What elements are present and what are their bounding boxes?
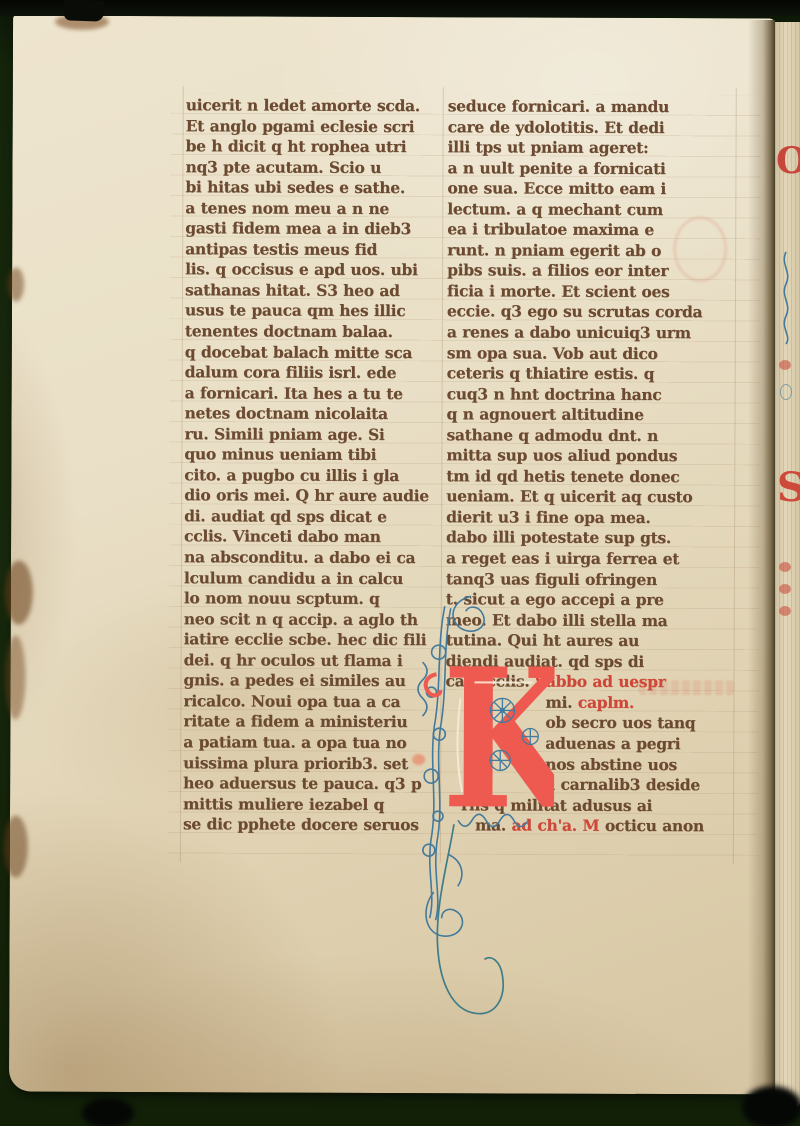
body-text: dabo illi potestate sup gts.	[446, 528, 671, 548]
body-text: one sua. Ecce mitto eam i	[447, 178, 666, 198]
adjacent-page-red-mark	[779, 562, 791, 572]
manuscript-photo: uicerit n ledet amorte scda.Et anglo pga…	[0, 0, 800, 1126]
manuscript-text-line: q n agnouert altitudine	[446, 404, 738, 426]
adjacent-page-blue-flourish	[778, 250, 794, 346]
manuscript-text-line: lectum. a q mechant cum	[447, 199, 739, 221]
body-text: nq3 pte acutam. Scio u	[185, 157, 381, 177]
manuscript-text-line: gnis. a pedes ei similes au	[183, 671, 439, 693]
body-text: gasti fidem mea a in dieb3	[185, 218, 411, 238]
body-text: ob secro uos tanq	[545, 713, 695, 733]
manuscript-text-line: ru. Simili pniam age. Si	[184, 424, 440, 446]
manuscript-text-line: lis. q occisus e apd uos. ubi	[185, 260, 441, 282]
body-text: antipas testis meus fid	[185, 239, 377, 259]
manuscript-text-line: a n uult penite a fornicati	[447, 158, 739, 180]
body-text: care de ydolotitis. Et dedi	[448, 117, 665, 137]
body-text: mitta sup uos aliud pondus	[446, 446, 677, 466]
erased-rubric-mark	[638, 680, 734, 695]
manuscript-page: uicerit n ledet amorte scda.Et anglo pga…	[9, 16, 776, 1095]
body-text: lculum candidu a in calcu	[184, 568, 403, 588]
body-text: octicu anon	[605, 816, 704, 835]
body-text: heo aduersus te pauca. q3 p	[183, 773, 421, 793]
body-text: a renes a dabo unicuiq3 urm	[447, 322, 691, 342]
parchment-stain	[8, 268, 24, 302]
manuscript-text-line: cclis. Vinceti dabo man	[184, 527, 440, 549]
manuscript-text-line: ea i tribulatoe maxima e	[447, 219, 739, 241]
body-text: ritate a fidem a ministeriu	[183, 712, 407, 732]
body-text: illi tps ut pniam ageret:	[448, 137, 649, 157]
manuscript-text-line: dei. q hr oculos ut flama i	[184, 650, 440, 672]
adjacent-page-blue-mark	[780, 384, 792, 400]
body-text: a patiam tua. a opa tua no	[183, 732, 406, 752]
illuminated-initial-K: K	[413, 592, 555, 1033]
body-text: lo nom nouu scptum. q	[184, 588, 380, 608]
body-text: be h dicit q ht rophea utri	[186, 136, 407, 156]
body-text: ficia i morte. Et scient oes	[447, 281, 670, 301]
manuscript-text-line: uicerit n ledet amorte scda.	[186, 95, 442, 117]
manuscript-text-line: runt. n pniam egerit ab o	[447, 240, 739, 262]
manuscript-text-line: eccie. q3 ego su scrutas corda	[447, 302, 739, 324]
manuscript-text-line: Et anglo pgami eclesie scri	[186, 116, 442, 138]
manuscript-text-line: cuq3 n hnt doctrina hanc	[447, 384, 739, 406]
gutter-shadow	[748, 20, 775, 1100]
body-text: sathane q admodu dnt. n	[446, 425, 658, 445]
manuscript-text-line: sm opa sua. Vob aut dico	[447, 343, 739, 365]
manuscript-text-line: ficia i morte. Et scient oes	[447, 281, 739, 303]
manuscript-text-line: dierit u3 i fine opa mea.	[446, 507, 738, 529]
body-text: q docebat balach mitte sca	[185, 342, 412, 362]
text-column-left: uicerit n ledet amorte scda.Et anglo pga…	[183, 95, 442, 836]
adjacent-page-red-mark	[779, 360, 791, 370]
manuscript-text-line: gasti fidem mea a in dieb3	[185, 218, 441, 240]
manuscript-text-line: ceteris q thiatire estis. q	[447, 363, 739, 385]
manuscript-text-line: uissima plura priorib3. set	[183, 753, 439, 775]
manuscript-text-line: illi tps ut pniam ageret:	[448, 137, 740, 159]
body-text: cuq3 n hnt doctrina hanc	[447, 384, 662, 404]
manuscript-text-line: tm id qd hetis tenete donec	[446, 466, 738, 488]
manuscript-text-line: neo scit n q accip. a aglo th	[184, 609, 440, 631]
body-text: runt. n pniam egerit ab o	[447, 240, 661, 260]
body-text: neo scit n q accip. a aglo th	[184, 609, 418, 629]
body-text: uissima plura priorib3. set	[183, 753, 408, 773]
body-text: q n agnouert altitudine	[447, 404, 644, 424]
manuscript-text-line: antipas testis meus fid	[185, 239, 441, 261]
manuscript-text-line: be h dicit q ht rophea utri	[186, 136, 442, 158]
body-text: lis. q occisus e apd uos. ubi	[185, 260, 418, 280]
manuscript-text-line: na absconditu. a dabo ei ca	[184, 547, 440, 569]
manuscript-text-line: tenentes doctnam balaa.	[185, 321, 441, 343]
body-text: tanq3 uas figuli ofringen	[446, 569, 657, 589]
manuscript-text-line: mittis muliere iezabel q	[183, 794, 439, 816]
manuscript-text-line: lo nom nouu scptum. q	[184, 588, 440, 610]
body-text: na absconditu. a dabo ei ca	[184, 547, 415, 567]
body-text: ricalco. Noui opa tua a ca	[183, 691, 400, 711]
manuscript-text-line: bi hitas ubi sedes e sathe.	[185, 177, 441, 199]
parchment-stain	[5, 561, 33, 625]
body-text: sm opa sua. Vob aut dico	[447, 343, 658, 363]
body-text: aduenas a pegri	[545, 734, 680, 754]
body-text: dei. q hr oculos ut flama i	[184, 650, 403, 670]
body-text: dio oris mei. Q hr aure audie	[184, 486, 429, 506]
manuscript-text-line: cito. a pugbo cu illis i gla	[184, 465, 440, 487]
manuscript-text-line: ueniam. Et q uicerit aq custo	[446, 487, 738, 509]
body-text: eccie. q3 ego su scrutas corda	[447, 302, 702, 322]
body-text: lectum. a q mechant cum	[447, 199, 663, 219]
manuscript-text-line: one sua. Ecce mitto eam i	[447, 178, 739, 200]
book-fore-edge: O S	[775, 22, 800, 1108]
body-text: a reget eas i uirga ferrea et	[446, 548, 679, 568]
body-text: bi hitas ubi sedes e sathe.	[185, 177, 405, 197]
body-text: pibs suis. a filios eor inter	[447, 261, 668, 281]
body-text: tenentes doctnam balaa.	[185, 321, 393, 341]
body-text: cclis. Vinceti dabo man	[184, 527, 381, 547]
body-text: iatire ecclie scbe. hec dic fili	[184, 629, 427, 649]
body-text: cito. a pugbo cu illis i gla	[184, 465, 399, 485]
manuscript-text-line: dio oris mei. Q hr aure audie	[184, 486, 440, 508]
body-text: a carnalib3 deside	[545, 775, 700, 795]
manuscript-text-line: q docebat balach mitte sca	[185, 342, 441, 364]
body-text: mittis muliere iezabel q	[183, 794, 384, 814]
body-text: nos abstine uos	[545, 754, 677, 774]
manuscript-text-line: usus te pauca qm hes illic	[185, 301, 441, 323]
manuscript-text-line: a patiam tua. a opa tua no	[183, 732, 439, 754]
manuscript-text-line: lculum candidu a in calcu	[184, 568, 440, 590]
body-text: a fornicari. Ita hes a tu te	[185, 383, 403, 403]
bottom-shadow	[82, 1098, 134, 1126]
manuscript-text-line: di. audiat qd sps dicat e	[184, 506, 440, 528]
adjacent-page-red-mark	[779, 606, 791, 616]
manuscript-text-line: netes doctnam nicolaita	[185, 403, 441, 425]
body-text: dalum cora filiis isrl. ede	[185, 362, 397, 382]
binding-tab	[64, 0, 105, 22]
adjacent-page-initial-O: O	[776, 140, 800, 182]
manuscript-text-line: a reget eas i uirga ferrea et	[446, 548, 738, 570]
rubric-text: caplm.	[578, 693, 634, 712]
bottom-shadow	[742, 1086, 800, 1126]
body-text: ceteris q thiatire estis. q	[447, 363, 655, 383]
body-text: se dic pphete docere seruos	[183, 814, 419, 834]
manuscript-text-line: nq3 pte acutam. Scio u	[185, 157, 441, 179]
body-text: ea i tribulatoe maxima e	[447, 219, 654, 239]
body-text: sathanas hitat. S3 heo ad	[185, 280, 400, 300]
manuscript-text-line: a fornicari. Ita hes a tu te	[185, 383, 441, 405]
body-text: a n uult penite a fornicati	[447, 158, 665, 178]
manuscript-text-line: tanq3 uas figuli ofringen	[446, 569, 738, 591]
manuscript-text-line: a renes a dabo unicuiq3 urm	[447, 322, 739, 344]
body-text: gnis. a pedes ei similes au	[183, 671, 405, 691]
manuscript-text-line: sathanas hitat. S3 heo ad	[185, 280, 441, 302]
body-text: netes doctnam nicolaita	[185, 403, 388, 423]
manuscript-text-line: heo aduersus te pauca. q3 p	[183, 773, 439, 795]
manuscript-text-line: seduce fornicari. a mandu	[448, 96, 740, 118]
body-text: seduce fornicari. a mandu	[448, 96, 669, 116]
body-text: a tenes nom meu a n ne	[185, 198, 389, 218]
manuscript-text-line: a tenes nom meu a n ne	[185, 198, 441, 220]
body-text: uicerit n ledet amorte scda.	[186, 95, 420, 115]
manuscript-text-line: pibs suis. a filios eor inter	[447, 261, 739, 283]
dark-top-band	[0, 0, 800, 16]
parchment-stain	[5, 636, 25, 720]
manuscript-text-line: quo minus ueniam tibi	[184, 444, 440, 466]
body-text: quo minus ueniam tibi	[184, 444, 376, 464]
body-text: usus te pauca qm hes illic	[185, 301, 405, 321]
body-text: di. audiat qd sps dicat e	[184, 506, 387, 526]
manuscript-text-line: ritate a fidem a ministeriu	[183, 712, 439, 734]
body-text: ueniam. Et q uicerit aq custo	[446, 487, 692, 507]
body-text: dierit u3 i fine opa mea.	[446, 507, 650, 527]
manuscript-text-line: se dic pphete docere seruos	[183, 814, 439, 836]
manuscript-text-line: ricalco. Noui opa tua a ca	[183, 691, 439, 713]
body-text: Et anglo pgami eclesie scri	[186, 116, 415, 136]
manuscript-text-line: mitta sup uos aliud pondus	[446, 446, 738, 468]
body-text: tm id qd hetis tenete donec	[446, 466, 679, 486]
parchment-stain	[4, 816, 28, 878]
adjacent-page-initial-S: S	[777, 464, 800, 511]
manuscript-text-line: iatire ecclie scbe. hec dic fili	[184, 629, 440, 651]
body-text: ru. Simili pniam age. Si	[184, 424, 384, 444]
manuscript-text-line: sathane q admodu dnt. n	[446, 425, 738, 447]
manuscript-text-line: dabo illi potestate sup gts.	[446, 528, 738, 550]
manuscript-text-line: care de ydolotitis. Et dedi	[448, 117, 740, 139]
manuscript-text-line: dalum cora filiis isrl. ede	[185, 362, 441, 384]
adjacent-page-red-mark	[779, 584, 791, 594]
